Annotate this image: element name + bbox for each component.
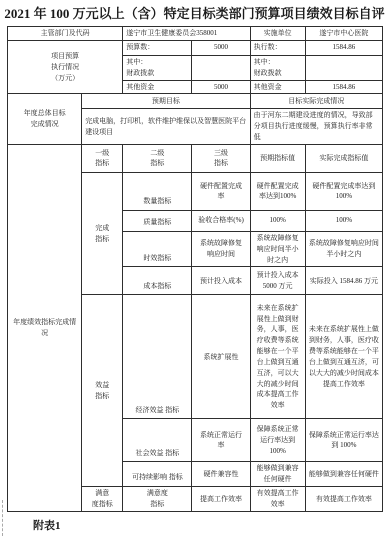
exec-value: 1584.86 <box>305 80 382 94</box>
col-header-actual: 实际完成指标值 <box>305 144 382 172</box>
col-header-level2: 二级 指标 <box>123 144 192 172</box>
level2-indicator: 满意度 指标 <box>123 487 192 512</box>
actual-value: 有效提高工作效率 <box>305 487 382 512</box>
dept-code-value: 遂宁市卫生健康委员会358001 <box>123 27 250 41</box>
dept-code-label: 主管部门及代码 <box>8 27 123 41</box>
level3-indicator: 提高工作效率 <box>192 487 250 512</box>
exec-label: 其他资金 <box>250 80 305 94</box>
level2-indicator: 时效指标 <box>123 231 192 267</box>
table-row: 主管部门及代码 遂宁市卫生健康委员会358001 实施单位 遂宁市中心医院 <box>8 27 383 41</box>
level1-indicator: 完成 指标 <box>82 172 123 295</box>
exec-label: 执行数： <box>250 40 305 55</box>
actual-target-header: 目标实际完成情况 <box>250 94 382 109</box>
overall-target-section-label: 年度总体目标 完成情况 <box>8 94 82 145</box>
level2-indicator: 经济效益 指标 <box>123 295 192 419</box>
performance-section-label: 年度绩效指标完成情 况 <box>8 144 82 511</box>
exec-value: 1584.86 <box>305 40 382 55</box>
budget-label: 其中： 财政拨款 <box>123 55 192 80</box>
budget-value: 5000 <box>192 80 250 94</box>
actual-value: 硬件配置完成率达到 100% <box>305 172 382 210</box>
expected-value: 系统故障修复响应时间半小时之内 <box>250 231 305 267</box>
actual-value: 保障系统正常运行率达到 100% <box>305 419 382 462</box>
expected-target-text: 完成电脑，打印机，软件维护维保以及智慧医院平台建设项目 <box>82 109 250 145</box>
expected-value: 预计投入成本 5000 万元 <box>250 267 305 295</box>
level3-indicator: 验收合格率(%) <box>192 210 250 231</box>
expected-value: 未来在系统扩展性上做到财务，人事，医疗收费等系统能够在一个平台上做到互通互济，可… <box>250 295 305 419</box>
impl-unit-value: 遂宁市中心医院 <box>305 27 382 41</box>
level3-indicator: 预计投入成本 <box>192 267 250 295</box>
evaluation-table: 主管部门及代码 遂宁市卫生健康委员会358001 实施单位 遂宁市中心医院 项目… <box>7 26 383 512</box>
exec-label: 其中： 财政拨款 <box>250 55 305 80</box>
level3-indicator: 硬件配置完成 率 <box>192 172 250 210</box>
expected-value: 100% <box>250 210 305 231</box>
actual-value: 未来在系统扩展性上做到财务，人事，医疗收费等系统能够在一个平台上做到互通互济，可… <box>305 295 382 419</box>
level1-indicator: 效益 指标 <box>82 295 123 487</box>
budget-value <box>192 55 250 80</box>
budget-label: 其他资金 <box>123 80 192 94</box>
col-header-level1: 一级 指标 <box>82 144 123 172</box>
budget-value: 5000 <box>192 40 250 55</box>
budget-label: 预算数： <box>123 40 192 55</box>
level2-indicator: 社会效益 指标 <box>123 419 192 462</box>
expected-value: 硬件配置完成率达到100% <box>250 172 305 210</box>
level2-indicator: 成本指标 <box>123 267 192 295</box>
level1-indicator: 满意 度指标 <box>82 487 123 512</box>
actual-target-text: 由于河东二期建设进度的情况，导致部分项目执行进度缓慢，预算执行率非常低 <box>250 109 382 145</box>
page-title: 2021 年 100 万元以上（含）特定目标类部门预算项目绩效目标自评 <box>0 0 389 22</box>
appendix-label: 附表1 <box>33 517 389 533</box>
budget-section-label: 项目预算 执行情况 （万元） <box>8 40 123 94</box>
expected-value: 保障系统正常运行率达到 100% <box>250 419 305 462</box>
document-page: 2021 年 100 万元以上（含）特定目标类部门预算项目绩效目标自评 主管部门… <box>0 0 389 536</box>
expected-value: 有效提高工作效率 <box>250 487 305 512</box>
actual-value: 实际投入 1584.86 万元 <box>305 267 382 295</box>
level3-indicator: 系统故障修复 响应时间 <box>192 231 250 267</box>
level2-indicator: 数量指标 <box>123 172 192 210</box>
expected-target-header: 预期目标 <box>82 94 250 109</box>
impl-unit-label: 实施单位 <box>250 27 305 41</box>
level3-indicator: 系统正常运行 率 <box>192 419 250 462</box>
table-row: 年度绩效指标完成情 况 一级 指标 二级 指标 三级 指标 预期指标值 实际完成… <box>8 144 383 172</box>
level3-indicator: 系统扩展性 <box>192 295 250 419</box>
level2-indicator: 质量指标 <box>123 210 192 231</box>
table-row: 年度总体目标 完成情况 预期目标 目标实际完成情况 <box>8 94 383 109</box>
level3-indicator: 硬件兼容性 <box>192 462 250 487</box>
expected-value: 能够做到兼容任何硬件 <box>250 462 305 487</box>
exec-value <box>305 55 382 80</box>
col-header-level3: 三级 指标 <box>192 144 250 172</box>
actual-value: 能够做到兼容任何硬件 <box>305 462 382 487</box>
col-header-expected: 预期指标值 <box>250 144 305 172</box>
table-row: 项目预算 执行情况 （万元） 预算数： 5000 执行数： 1584.86 <box>8 40 383 55</box>
actual-value: 系统故障修复响应时间半小时之内 <box>305 231 382 267</box>
page-margin-mark <box>2 500 3 536</box>
level2-indicator: 可持续影响 指标 <box>123 462 192 487</box>
actual-value: 100% <box>305 210 382 231</box>
